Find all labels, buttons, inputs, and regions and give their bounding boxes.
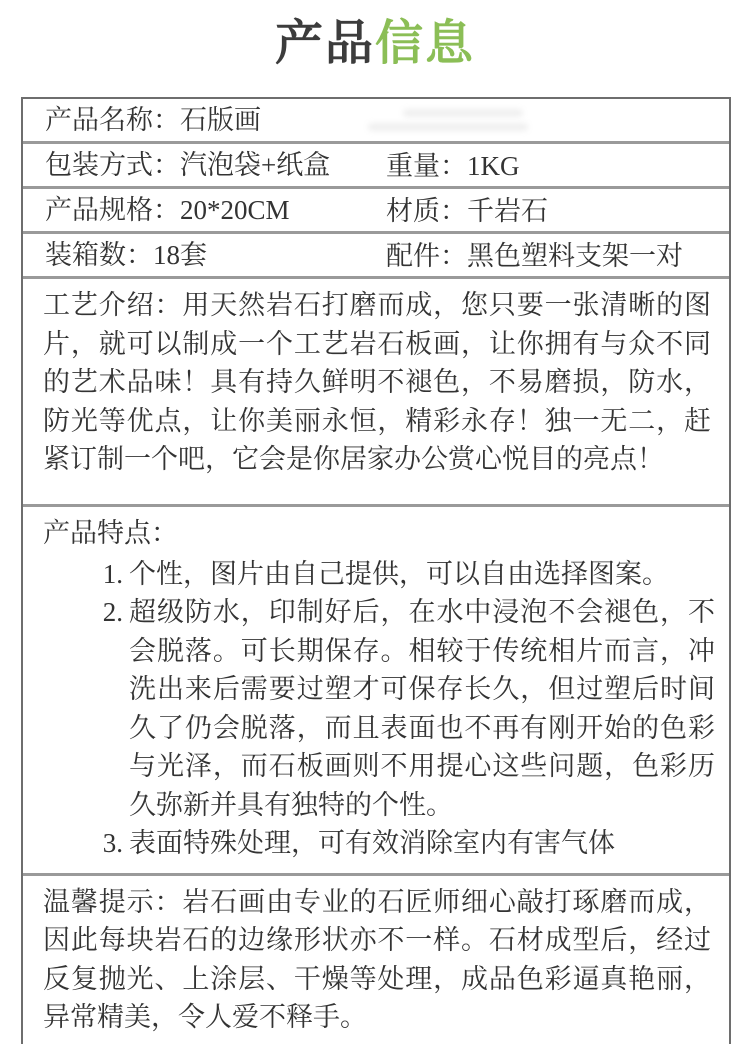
- table-row-size-material: 产品规格：20*20CM 材质：千岩石: [23, 189, 729, 234]
- accessory-cell: 配件：黑色塑料支架一对: [386, 234, 683, 279]
- weight-label: 重量：: [386, 151, 467, 181]
- feature-2-number: 2.: [93, 593, 129, 632]
- packaging-value: 汽泡袋+纸盒: [180, 150, 330, 180]
- feature-2-text: 超级防水，印制好后，在水中浸泡不会褪色，不会脱落。可长期保存。相较于传统相片而言…: [129, 593, 715, 824]
- table-row-packaging-weight: 包装方式：汽泡袋+纸盒 重量：1KG: [23, 144, 729, 189]
- table-row-qty-accessory: 装箱数：18套 配件：黑色塑料支架一对: [23, 234, 729, 279]
- weight-value: 1KG: [467, 151, 520, 181]
- page-title-part1: 产品: [275, 17, 375, 70]
- size-label: 产品规格：: [45, 195, 180, 225]
- size-cell: 产品规格：20*20CM: [45, 188, 290, 233]
- notice-label: 温馨提示：: [43, 887, 182, 917]
- material-value: 千岩石: [467, 196, 548, 226]
- features-section: 产品特点： 1. 个性，图片由自己提供，可以自由选择图案。 2. 超级防水，印制…: [23, 507, 729, 876]
- features-heading: 产品特点：: [43, 514, 715, 553]
- list-item: 1. 个性，图片由自己提供，可以自由选择图案。: [43, 555, 715, 594]
- list-item: 2. 超级防水，印制好后，在水中浸泡不会褪色，不会脱落。可长期保存。相较于传统相…: [43, 593, 715, 824]
- feature-1-text: 个性，图片由自己提供，可以自由选择图案。: [129, 555, 715, 594]
- material-label: 材质：: [386, 196, 467, 226]
- product-name-value: 石版画: [180, 98, 261, 143]
- product-spec-table: 产品名称：石版画 包装方式：汽泡袋+纸盒 重量：1KG 产品规格：20*20CM…: [21, 97, 731, 1044]
- material-cell: 材质：千岩石: [386, 189, 548, 234]
- feature-1-number: 1.: [93, 555, 129, 594]
- packaging-cell: 包装方式：汽泡袋+纸盒: [45, 143, 330, 188]
- feature-3-text: 表面特殊处理，可有效消除室内有害气体: [129, 824, 715, 863]
- size-value: 20*20CM: [180, 195, 290, 225]
- feature-3-number: 3.: [93, 824, 129, 863]
- page-title-part2: 信息: [375, 17, 475, 70]
- craft-intro-label: 工艺介绍：: [43, 290, 182, 320]
- accessory-value: 黑色塑料支架一对: [467, 241, 683, 271]
- product-name-label: 产品名称：: [45, 98, 180, 143]
- notice-section: 温馨提示：岩石画由专业的石匠师细心敲打琢磨而成，因此每块岩石的边缘形状亦不一样。…: [23, 876, 729, 1044]
- accessory-label: 配件：: [386, 241, 467, 271]
- carton-qty-label: 装箱数：: [45, 240, 153, 270]
- table-row-product-name: 产品名称：石版画: [23, 99, 729, 144]
- features-list: 1. 个性，图片由自己提供，可以自由选择图案。 2. 超级防水，印制好后，在水中…: [43, 555, 715, 863]
- faint-watermark: [368, 107, 558, 137]
- packaging-label: 包装方式：: [45, 150, 180, 180]
- weight-cell: 重量：1KG: [386, 144, 520, 189]
- carton-qty-cell: 装箱数：18套: [45, 233, 207, 278]
- list-item: 3. 表面特殊处理，可有效消除室内有害气体: [43, 824, 715, 863]
- craft-intro-section: 工艺介绍：用天然岩石打磨而成，您只要一张清晰的图片，就可以制成一个工艺岩石板画，…: [23, 279, 729, 507]
- page-title: 产品信息: [0, 4, 750, 73]
- carton-qty-value: 18套: [153, 240, 207, 270]
